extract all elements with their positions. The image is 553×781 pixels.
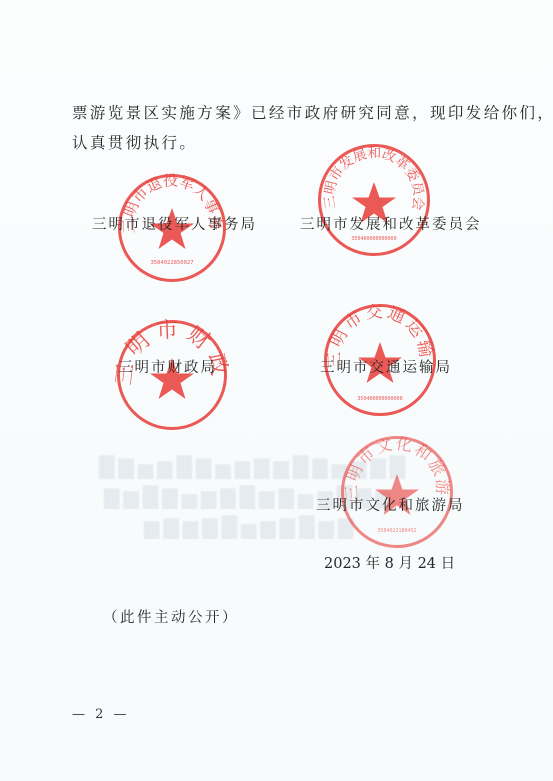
svg-text:3504022850027: 3504022850027 [150, 260, 193, 266]
svg-text:350400000000000: 350400000000000 [357, 396, 402, 402]
document-page: █▇▆▅▇█▆▇▆▅▇█▆▅▇█ ▆▇█▆▅▇▆█▇▆▅▇█▆▇ ▇▆█▇▆▅█… [0, 0, 553, 781]
seal-graphic: 三明市文化和旅游局 3504022180452 [341, 436, 453, 548]
bleed-through-text: ▇▆█▇▆▅█▇▆▇▆ [140, 515, 353, 539]
seal-graphic: 三明市发展和改革委员会 350400000000000 [318, 144, 430, 256]
signatory-development-reform: 三明市发展和改革委员会 [300, 213, 482, 234]
signatory-finance-bureau: 三明市财政局 [118, 356, 217, 377]
page-number: — 2 — [72, 707, 130, 722]
signatory-veterans-affairs: 三明市退役军人事务局 [92, 213, 257, 234]
signatory-transport-bureau: 三明市交通运输局 [320, 356, 452, 377]
body-text-line: 认真贯彻执行。 [72, 131, 197, 153]
official-seal-development-reform: 三明市发展和改革委员会 350400000000000 [318, 144, 430, 256]
svg-text:350400000000000: 350400000000000 [351, 236, 396, 242]
signatory-culture-tourism: 三明市文化和旅游局 [316, 494, 465, 515]
disclosure-note: （此件主动公开） [103, 606, 239, 627]
svg-text:3504022180452: 3504022180452 [377, 528, 416, 534]
issue-date: 2023 年 8 月 24 日 [324, 552, 455, 573]
body-text-line: 票游览景区实施方案》已经市政府研究同意，现印发给你们，请 [72, 101, 553, 123]
official-seal-culture-tourism: 三明市文化和旅游局 3504022180452 [341, 436, 453, 548]
